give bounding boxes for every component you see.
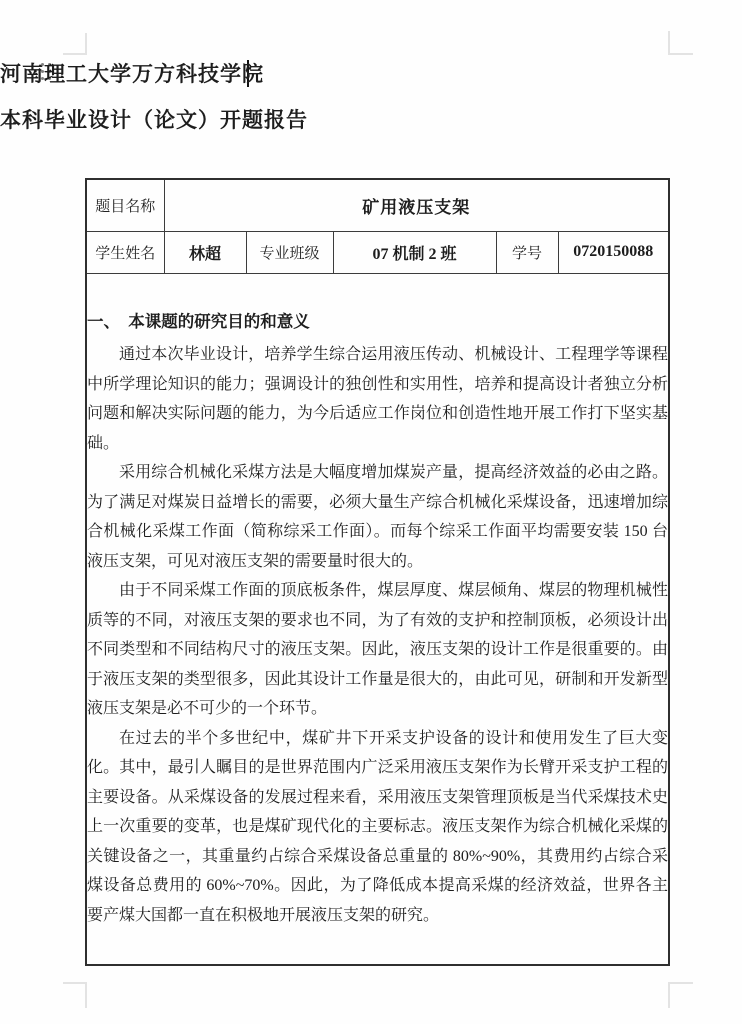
document-page: 河南理工大学万方科技学院 本科毕业设计（论文）开题报告 题目名称 矿用液压支架 … — [0, 0, 742, 1024]
proposal-table: 题目名称 矿用液压支架 学生姓名 林超 专业班级 07 机制 2 班 学号 07… — [85, 178, 670, 966]
class-value: 07 机制 2 班 — [333, 231, 496, 273]
table-row-topic: 题目名称 矿用液压支架 — [86, 179, 669, 231]
student-name-value: 林超 — [164, 231, 246, 273]
paragraph-2: 采用综合机械化采煤方法是大幅度增加煤炭产量，提高经济效益的必由之路。为了满足对煤… — [87, 458, 668, 576]
student-name-label: 学生姓名 — [86, 231, 164, 273]
margin-mark-top-right-icon — [668, 31, 693, 55]
topic-label: 题目名称 — [86, 179, 164, 231]
student-id-label: 学号 — [496, 231, 558, 273]
document-title: 河南理工大学万方科技学院 — [0, 58, 742, 88]
table-row-body: 一、 本课题的研究目的和意义 通过本次毕业设计，培养学生综合运用液压传动、机械设… — [86, 273, 669, 965]
margin-mark-bottom-left-icon — [63, 982, 87, 1008]
paragraph-3: 由于不同采煤工作面的顶底板条件，煤层厚度、煤层倾角、煤层的物理机械性质等的不同，… — [87, 576, 668, 724]
section-paragraphs: 通过本次毕业设计，培养学生综合运用液压传动、机械设计、工程理学等课程中所学理论知… — [87, 340, 668, 930]
margin-mark-bottom-right-icon — [668, 982, 693, 1008]
topic-value: 矿用液压支架 — [164, 179, 669, 231]
document-subtitle: 本科毕业设计（论文）开题报告 — [0, 104, 742, 134]
class-label: 专业班级 — [246, 231, 333, 273]
student-id-value: 0720150088 — [558, 231, 669, 273]
paragraph-1: 通过本次毕业设计，培养学生综合运用液压传动、机械设计、工程理学等课程中所学理论知… — [87, 340, 668, 458]
section-body-cell: 一、 本课题的研究目的和意义 通过本次毕业设计，培养学生综合运用液压传动、机械设… — [86, 273, 669, 965]
paragraph-4: 在过去的半个多世纪中，煤矿井下开采支护设备的设计和使用发生了巨大变化。其中，最引… — [87, 724, 668, 931]
section-heading: 一、 本课题的研究目的和意义 — [87, 307, 668, 338]
table-row-student: 学生姓名 林超 专业班级 07 机制 2 班 学号 0720150088 — [86, 231, 669, 273]
margin-mark-top-left-icon — [63, 33, 87, 55]
